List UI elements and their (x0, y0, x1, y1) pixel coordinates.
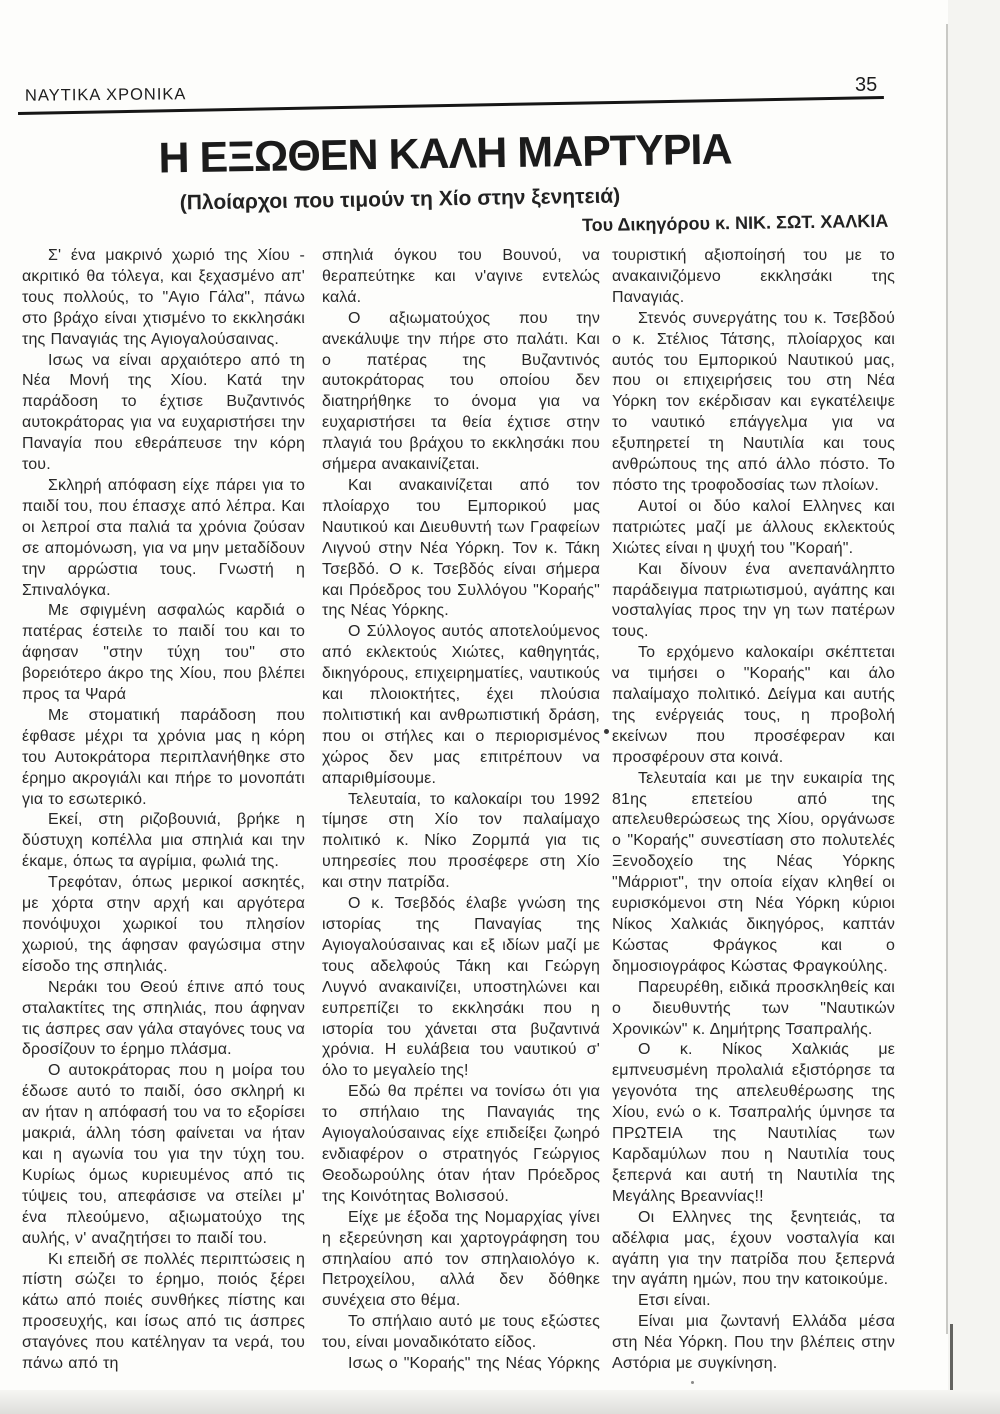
paragraph: Ο αυτοκράτορας που η μοίρα του έδωσε αυτ… (22, 1061, 305, 1249)
scan-bottom-shadow (0, 1390, 1000, 1414)
paragraph: Τελευταία, το καλοκαίρι του 1992 τίμησε … (322, 790, 600, 895)
paragraph-continuation: τουριστική αξιοποίησή του με το ανακαινι… (612, 246, 895, 309)
paragraph: Εδώ θα πρέπει να τονίσω ότι για το σπήλα… (322, 1082, 600, 1207)
scan-artifact-dot-small (691, 1381, 694, 1384)
article-column-1: Σ' ένα μακρινό χωριό της Χίου - ακριτικό… (22, 246, 305, 1372)
publication-name: ΝΑΥΤΙΚΑ ΧΡΟΝΙΚΑ (25, 85, 187, 105)
article-byline: Του Δικηγόρου κ. ΝΙΚ. ΣΩΤ. ΧΑΛΚΙΑ (582, 211, 889, 236)
scan-edge-shade (948, 0, 1000, 1414)
paragraph: Ο κ. Τσεβδός έλαβε γνώση της ιστορίας τη… (322, 894, 600, 1082)
paragraph: Ο κ. Νίκος Χαλκιάς με εμπνευσμένη προλαλ… (612, 1040, 895, 1207)
paragraph: Ισως να είναι αρχαιότερο από τη Νέα Μονή… (22, 351, 305, 476)
paragraph: Με σφιγμένη ασφαλώς καρδιά ο πατέρας έστ… (22, 601, 305, 706)
paragraph: Ισως ο "Κοραής" της Νέας Υόρκης θάπρεπε … (322, 1354, 600, 1372)
paragraph: Παρευρέθη, ειδικά προσκληθείς και ο διευ… (612, 978, 895, 1041)
scan-edge-line-dark (950, 1324, 953, 1394)
paragraph: Τρεφόταν, όπως μερικοί ασκητές, με χόρτα… (22, 873, 305, 978)
article-column-3: τουριστική αξιοποίησή του με το ανακαινι… (612, 246, 895, 1372)
paragraph: Τελευταία και με την ευκαιρία της 81ης ε… (612, 769, 895, 978)
paragraph: Το ερχόμενο καλοκαίρι σκέπτεται να τιμήσ… (612, 643, 895, 768)
paragraph: Σκληρή απόφαση είχε πάρει για το παιδί τ… (22, 476, 305, 601)
page-number: 35 (855, 74, 877, 97)
paragraph: Με στοματική παράδοση που έφθασε μέχρι τ… (22, 706, 305, 811)
paragraph: Αυτοί οι δύο καλοί Ελληνες και πατριώτες… (612, 497, 895, 560)
scan-edge-line (946, 24, 948, 1334)
paragraph: Στενός συνεργάτης του κ. Τσεβδού ο κ. Στ… (612, 309, 895, 497)
paragraph: Εκεί, στη ριζοβουνιά, βρήκε η δύστυχη κο… (22, 810, 305, 873)
paragraph: Ετσι είναι. (612, 1291, 895, 1312)
scanned-article-page: ΝΑΥΤΙΚΑ ΧΡΟΝΙΚΑ 35 Η ΕΞΩΘΕΝ ΚΑΛΗ ΜΑΡΤΥΡΙ… (0, 0, 1000, 1414)
article-title: Η ΕΞΩΘΕΝ ΚΑΛΗ ΜΑΡΤΥΡΙΑ (0, 123, 890, 186)
paragraph: Είχε με έξοδα της Νομαρχίας γίνει η εξερ… (322, 1208, 600, 1313)
paragraph: Και ανακαινίζεται από τον πλοίαρχο του Ε… (322, 476, 600, 622)
paragraph: Κι επειδή σε πολλές περιπτώσεις η πίστη … (22, 1250, 305, 1373)
article-subtitle: (Πλοίαρχοι που τιμούν τη Χίο στην ξενητε… (100, 183, 700, 216)
paragraph: Ο Σύλλογος αυτός αποτελούμενος από εκλεκ… (322, 622, 600, 789)
paragraph: Το σπήλαιο αυτό με τους εξώστες του, είν… (322, 1312, 600, 1354)
article-column-2: σπηλιά όγκου του Βουνού, να θεραπεύτηκε … (322, 246, 600, 1372)
paragraph: Ο αξιωματούχος που την ανεκάλυψε την πήρ… (322, 309, 600, 476)
paragraph: Είναι μια ζωντανή Ελλάδα μέσα στη Νέα Υό… (612, 1312, 895, 1372)
paragraph: Οι Ελληνες της ξενητειάς, τα αδέλφια μας… (612, 1208, 895, 1292)
scan-artifact-dot (604, 729, 609, 734)
paragraph-continuation: σπηλιά όγκου του Βουνού, να θεραπεύτηκε … (322, 246, 600, 309)
paragraph: Σ' ένα μακρινό χωριό της Χίου - ακριτικό… (22, 246, 305, 351)
paragraph: Και δίνουν ένα ανεπανάληπτο παράδειγμα π… (612, 560, 895, 644)
paragraph: Νεράκι του Θεού έπινε από τους σταλακτίτ… (22, 978, 305, 1062)
